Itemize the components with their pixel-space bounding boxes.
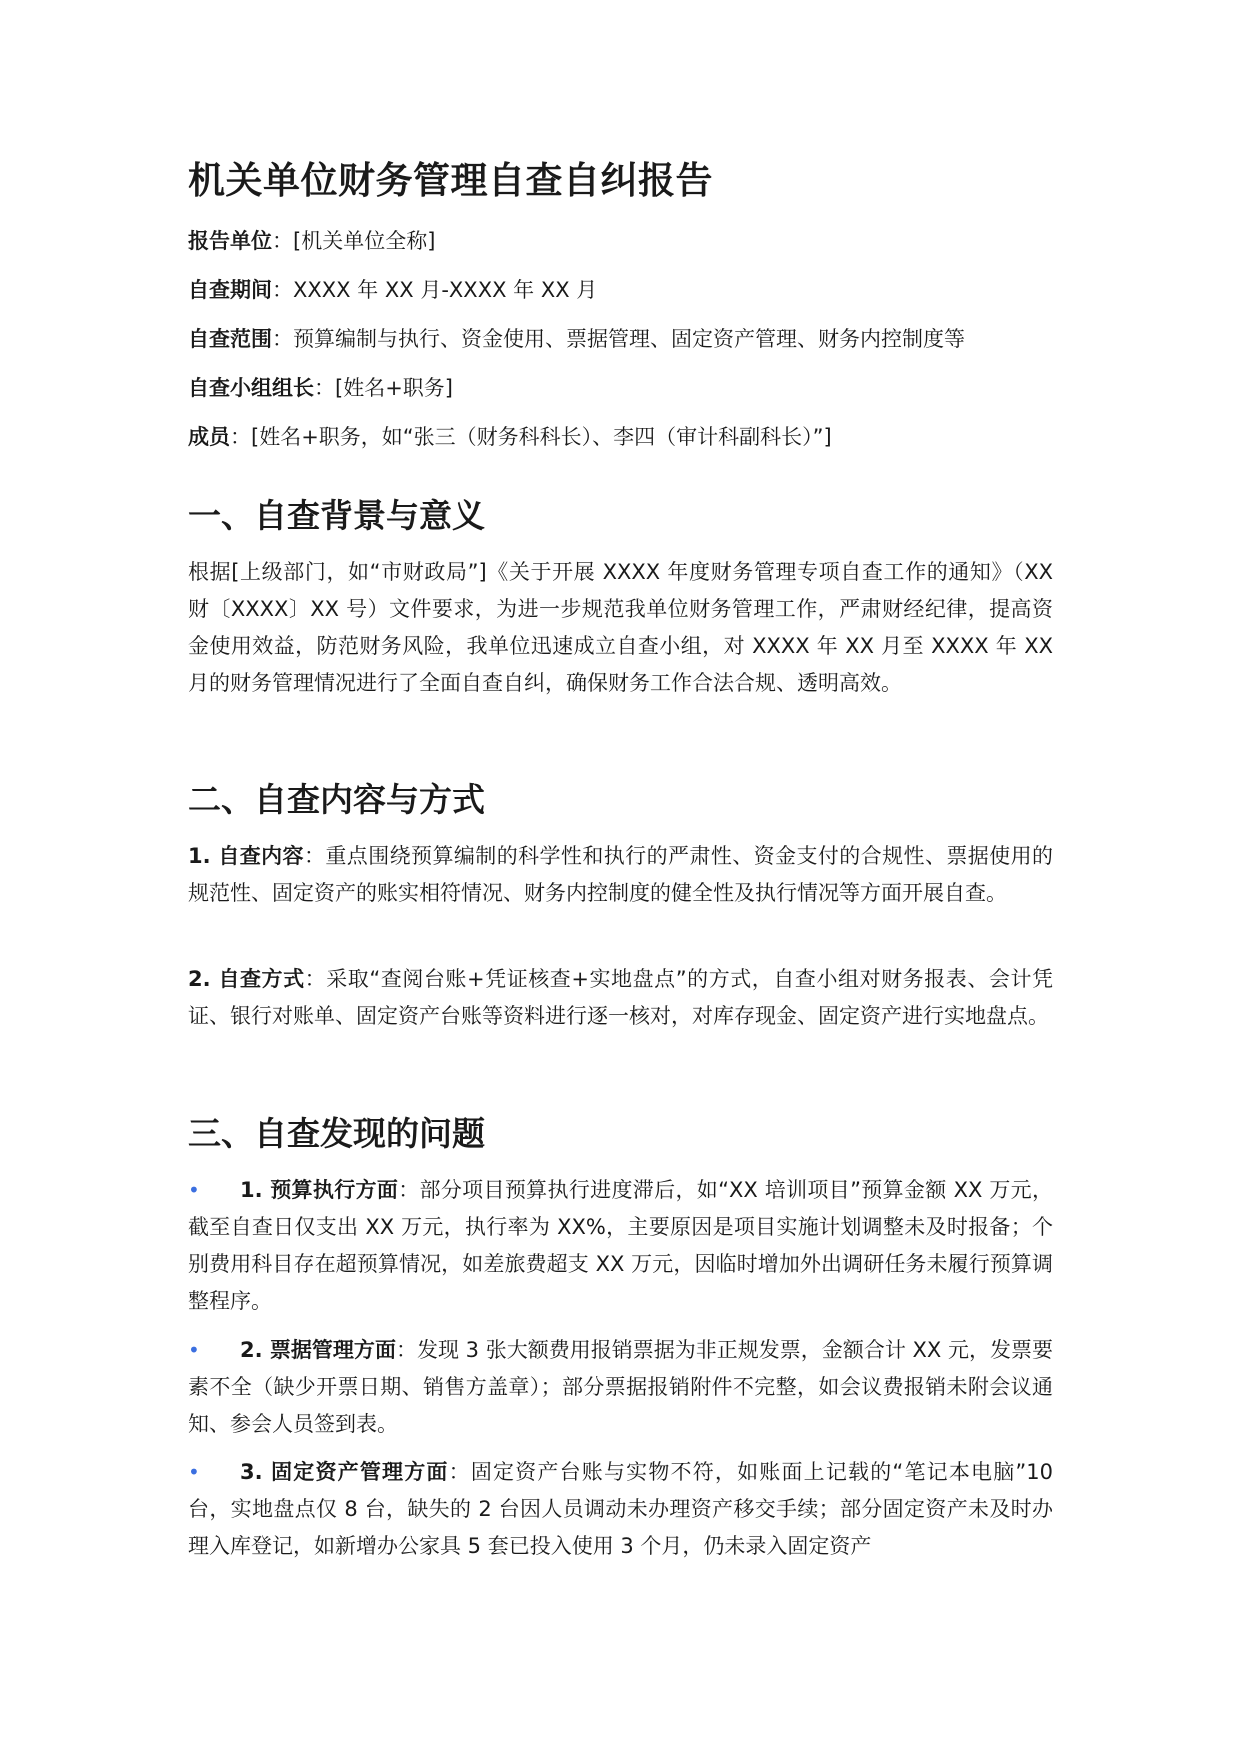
section-3-item-1: •1. 预算执行方面：部分项目预算执行进度滞后，如“XX 培训项目”预算金额 X… (188, 1172, 1053, 1320)
section-2-item-2: 2. 自查方式：采取“查阅台账+凭证核查+实地盘点”的方式，自查小组对财务报表、… (188, 961, 1053, 1035)
section-heading-2: 二、自查内容与方式 (188, 774, 485, 821)
meta-scope: 自查范围：预算编制与执行、资金使用、票据管理、固定资产管理、财务内控制度等 (188, 324, 965, 354)
section-heading-1: 一、自查背景与意义 (188, 490, 485, 537)
meta-label: 自查范围 (188, 327, 272, 351)
section-3-item-2: •2. 票据管理方面：发现 3 张大额费用报销票据为非正规发票，金额合计 XX … (188, 1332, 1053, 1443)
meta-leader: 自查小组组长：[姓名+职务] (188, 373, 453, 403)
meta-label: 自查小组组长 (188, 376, 314, 400)
meta-members: 成员：[姓名+职务，如“张三（财务科科长）、李四（审计科副科长）”] (188, 422, 832, 452)
bullet-icon: • (188, 1332, 240, 1369)
bullet-icon: • (188, 1454, 240, 1491)
meta-value: 预算编制与执行、资金使用、票据管理、固定资产管理、财务内控制度等 (293, 327, 965, 351)
meta-period: 自查期间：XXXX 年 XX 月-XXXX 年 XX 月 (188, 275, 597, 305)
document-title: 机关单位财务管理自查自纠报告 (188, 150, 713, 204)
meta-value: [姓名+职务] (335, 376, 453, 400)
meta-label: 报告单位 (188, 229, 272, 253)
section-2-item-1: 1. 自查内容：重点围绕预算编制的科学性和执行的严肃性、资金支付的合规性、票据使… (188, 838, 1053, 912)
section-1-body: 根据[上级部门，如“市财政局”]《关于开展 XXXX 年度财务管理专项自查工作的… (188, 554, 1053, 702)
meta-value: [机关单位全称] (293, 229, 435, 253)
meta-report-unit: 报告单位：[机关单位全称] (188, 226, 435, 256)
section-3-item-3: •3. 固定资产管理方面：固定资产台账与实物不符，如账面上记载的“笔记本电脑”1… (188, 1454, 1053, 1565)
bullet-icon: • (188, 1172, 240, 1209)
meta-label: 自查期间 (188, 278, 272, 302)
section-heading-3: 三、自查发现的问题 (188, 1108, 485, 1155)
meta-label: 成员 (188, 425, 230, 449)
meta-value: XXXX 年 XX 月-XXXX 年 XX 月 (293, 278, 597, 302)
meta-value: [姓名+职务，如“张三（财务科科长）、李四（审计科副科长）”] (251, 425, 832, 449)
